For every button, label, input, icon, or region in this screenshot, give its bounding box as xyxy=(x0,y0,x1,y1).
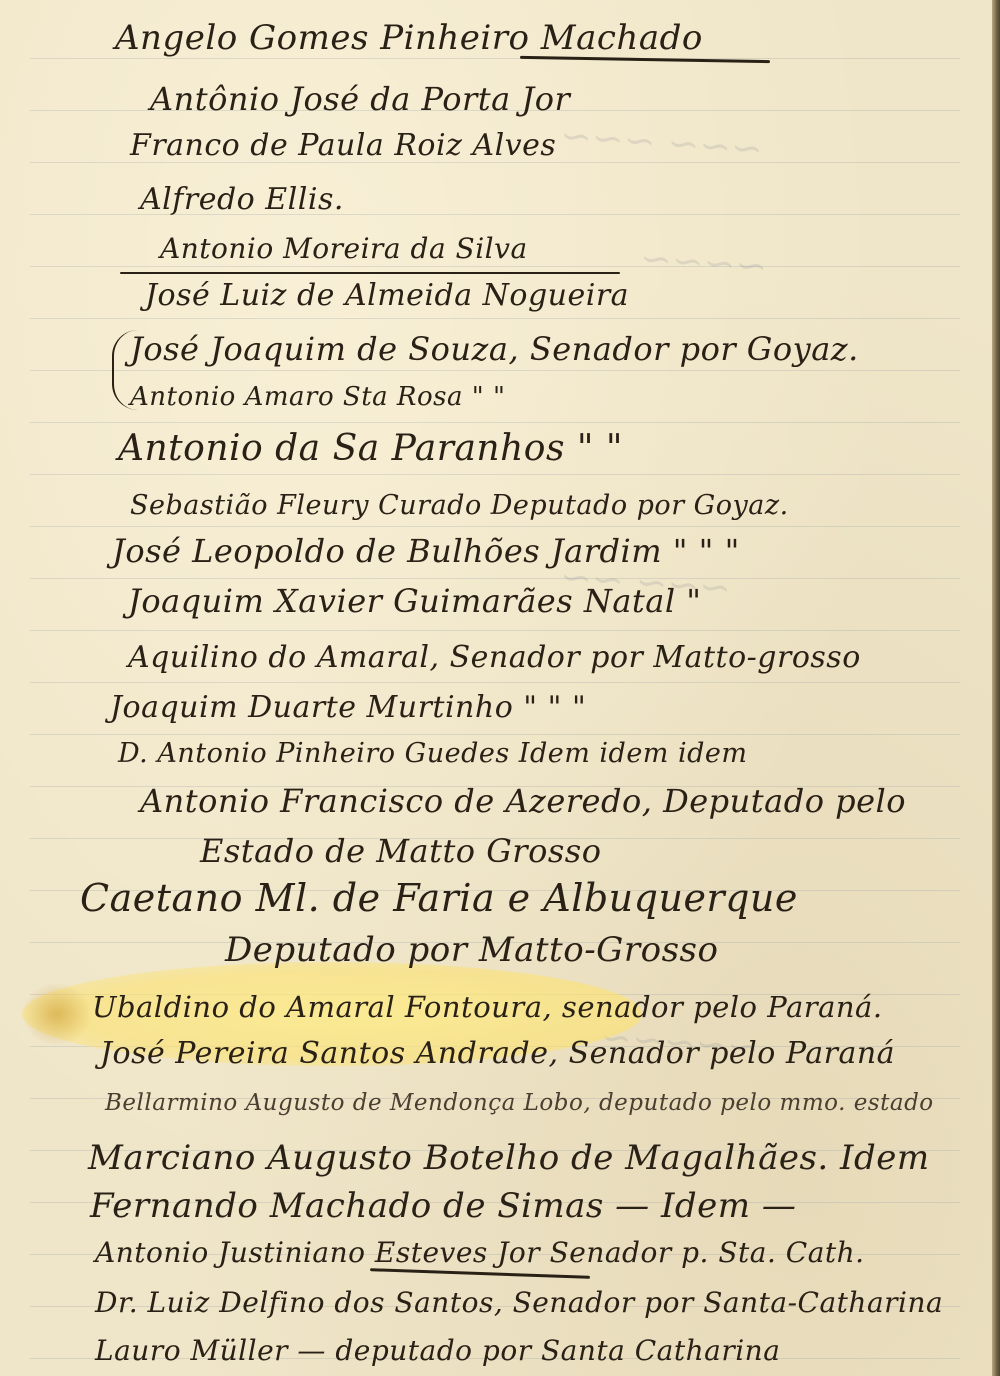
ruled-line xyxy=(30,266,960,267)
ruled-line xyxy=(30,474,960,475)
page-edge xyxy=(992,0,1000,1376)
entry-line: Alfredo Ellis. xyxy=(140,182,344,217)
entry-line: Antonio Francisco de Azeredo, Deputado p… xyxy=(140,782,906,820)
ruled-line xyxy=(30,578,960,579)
entry-line: José Joaquim de Souza, Senador por Goyaz… xyxy=(130,330,859,368)
entry-line: Angelo Gomes Pinheiro Machado xyxy=(115,18,703,58)
underline-flourish xyxy=(120,272,620,274)
entry-line: Joaquim Xavier Guimarães Natal " xyxy=(128,582,701,620)
entry-line: Dr. Luiz Delfino dos Santos, Senador por… xyxy=(95,1286,943,1319)
entry-line: Antônio José da Porta Jor xyxy=(150,80,570,118)
ruled-line xyxy=(30,630,960,631)
ruled-line xyxy=(30,526,960,527)
entry-line: Antonio da Sa Paranhos " " xyxy=(118,428,623,469)
ruled-line xyxy=(30,318,960,319)
entry-line: Lauro Müller — deputado por Santa Cathar… xyxy=(95,1334,780,1367)
ruled-line xyxy=(30,370,960,371)
underline-flourish xyxy=(370,1268,590,1279)
entry-line: Deputado por Matto-Grosso xyxy=(225,930,718,970)
ruled-line xyxy=(30,422,960,423)
entry-line: Antonio Amaro Sta Rosa " " xyxy=(130,382,505,412)
ruled-line xyxy=(30,682,960,683)
entry-line-highlighted: Ubaldino do Amaral Fontoura, senador pel… xyxy=(92,990,883,1024)
entry-line: Bellarmino Augusto de Mendonça Lobo, dep… xyxy=(105,1090,934,1116)
entry-line: José Luiz de Almeida Nogueira xyxy=(145,278,629,313)
entry-line-highlighted: José Pereira Santos Andrade, Senador pel… xyxy=(100,1036,895,1071)
entry-line: José Leopoldo de Bulhões Jardim " " " xyxy=(112,532,740,570)
entry-line: Marciano Augusto Botelho de Magalhães. I… xyxy=(88,1138,930,1178)
entry-line: Estado de Matto Grosso xyxy=(200,832,601,870)
entry-line: Antonio Moreira da Silva xyxy=(160,232,528,265)
entry-line: Joaquim Duarte Murtinho " " " xyxy=(110,690,586,725)
manuscript-page: ~~~ ~~~ ~~~~ ~~~ ~~ ~~~~~ Angelo Gomes P… xyxy=(0,0,1000,1376)
entry-line: Franco de Paula Roiz Alves xyxy=(130,128,556,163)
bleed-through-text: ~~~~ xyxy=(639,236,769,289)
entry-line: Antonio Justiniano Esteves Jor Senador p… xyxy=(95,1236,865,1269)
entry-line: Aquilino do Amaral, Senador por Matto-gr… xyxy=(128,640,861,675)
entry-line: Fernando Machado de Simas — Idem — xyxy=(90,1186,796,1226)
entry-line: Caetano Ml. de Faria e Albuquerque xyxy=(80,876,798,920)
entry-line: Sebastião Fleury Curado Deputado por Goy… xyxy=(130,490,789,521)
entry-line: D. Antonio Pinheiro Guedes Idem idem ide… xyxy=(118,738,747,769)
ruled-line xyxy=(30,734,960,735)
ruled-line xyxy=(30,58,960,59)
